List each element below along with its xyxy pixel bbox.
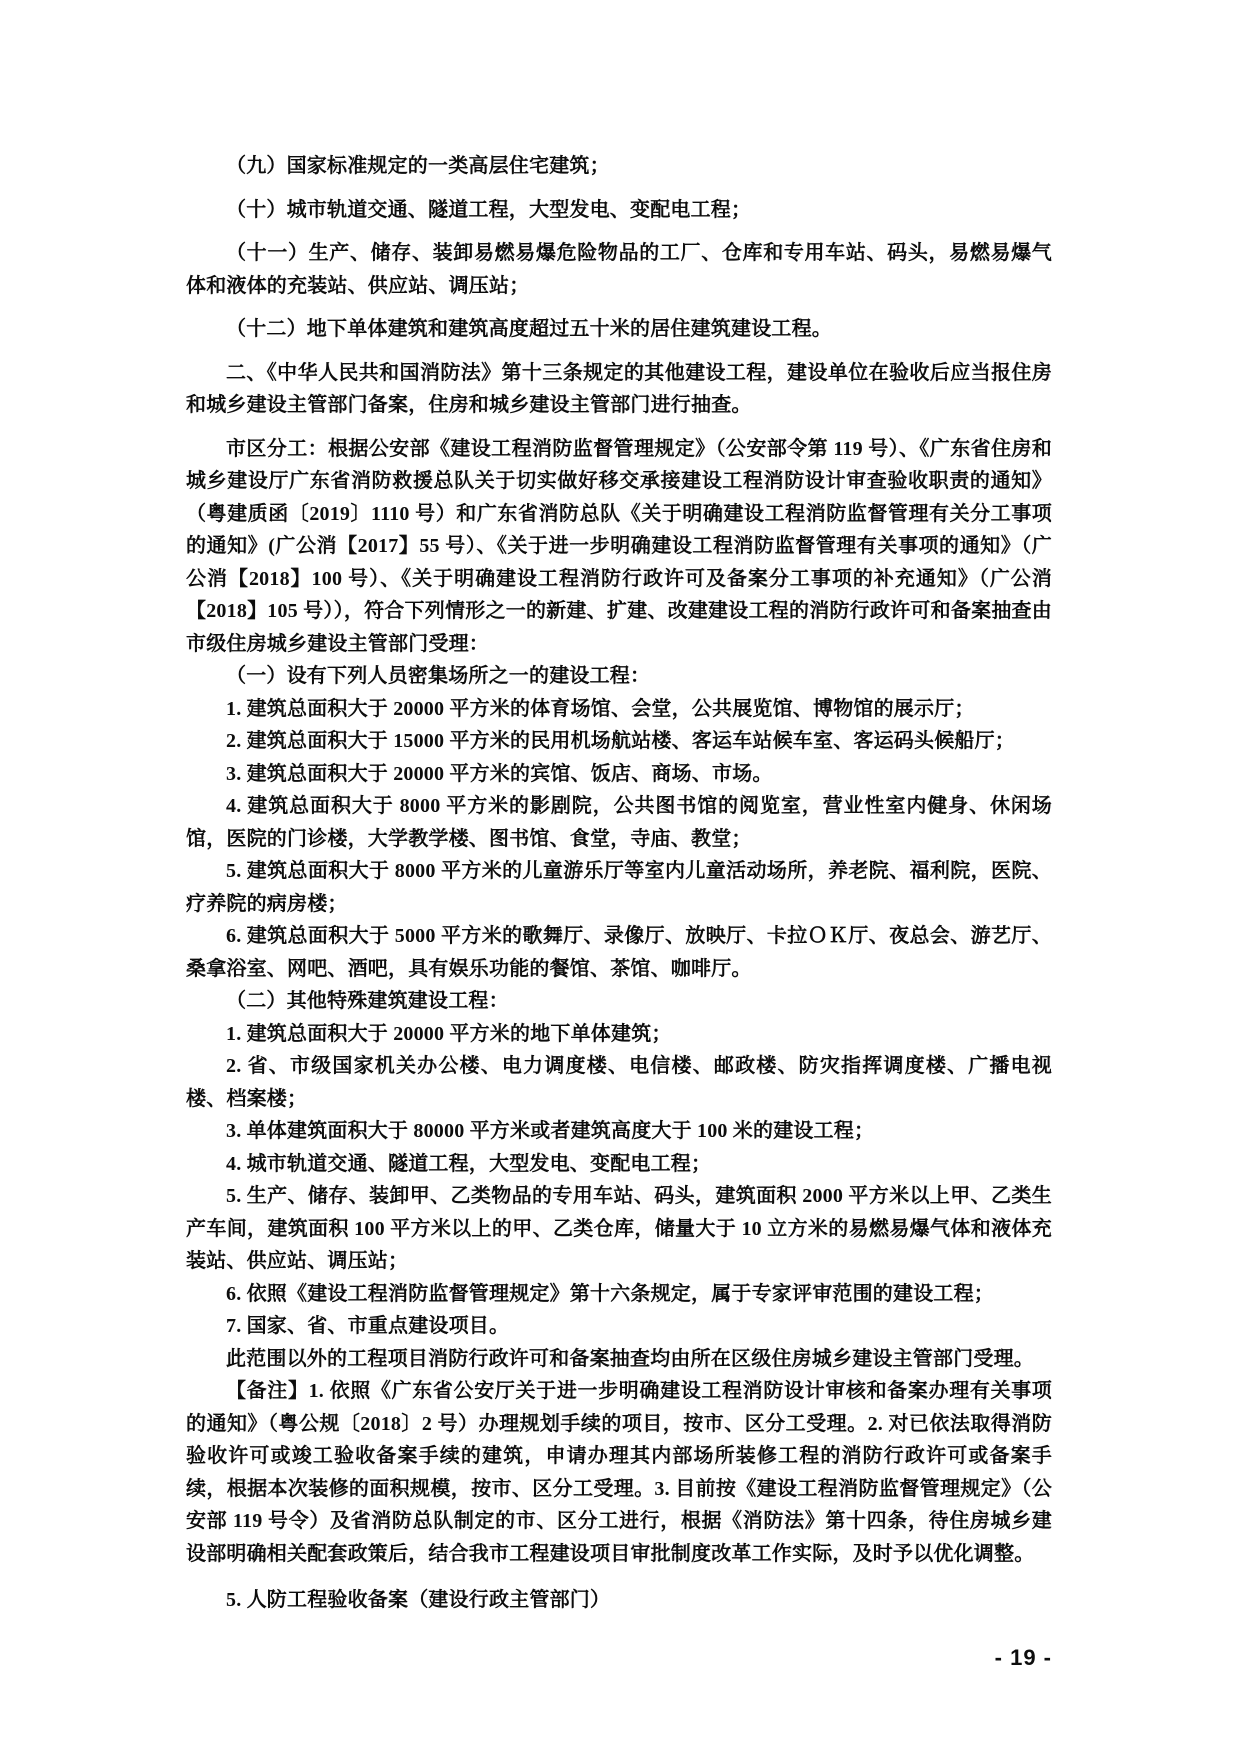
paragraph-section-2: 二、《中华人民共和国消防法》第十三条规定的其他建设工程，建设单位在验收后应当报住… <box>186 357 1052 422</box>
paragraph-list2-item-1: 1. 建筑总面积大于 20000 平方米的地下单体建筑； <box>186 1018 1052 1051</box>
paragraph-list2-item-5: 5. 生产、储存、装卸甲、乙类物品的专用车站、码头，建筑面积 2000 平方米以… <box>186 1180 1052 1278</box>
paragraph-list1-item-6: 6. 建筑总面积大于 5000 平方米的歌舞厅、录像厅、放映厅、卡拉ＯＫ厅、夜总… <box>186 920 1052 985</box>
paragraph-city-district-division: 市区分工：根据公安部《建设工程消防监督管理规定》（公安部令第 119 号）、《广… <box>186 433 1052 661</box>
paragraph-list2-item-4: 4. 城市轨道交通、隧道工程，大型发电、变配电工程； <box>186 1148 1052 1181</box>
paragraph-list1-item-2: 2. 建筑总面积大于 15000 平方米的民用机场航站楼、客运车站候车室、客运码… <box>186 725 1052 758</box>
paragraph-list1-item-5: 5. 建筑总面积大于 8000 平方米的儿童游乐厅等室内儿童活动场所，养老院、福… <box>186 855 1052 920</box>
paragraph-item-9: （九）国家标准规定的一类高层住宅建筑； <box>186 150 1052 183</box>
paragraph-item-10: （十）城市轨道交通、隧道工程，大型发电、变配电工程； <box>186 194 1052 227</box>
paragraph-list1-item-3: 3. 建筑总面积大于 20000 平方米的宾馆、饭店、商场、市场。 <box>186 758 1052 791</box>
document-body: （九）国家标准规定的一类高层住宅建筑； （十）城市轨道交通、隧道工程，大型发电、… <box>186 150 1052 1671</box>
paragraph-list2-item-7: 7. 国家、省、市重点建设项目。 <box>186 1310 1052 1343</box>
paragraph-subsection-1: （一）设有下列人员密集场所之一的建设工程： <box>186 660 1052 693</box>
paragraph-list2-item-3: 3. 单体建筑面积大于 80000 平方米或者建筑高度大于 100 米的建设工程… <box>186 1115 1052 1148</box>
paragraph-subsection-2: （二）其他特殊建筑建设工程： <box>186 985 1052 1018</box>
paragraph-list1-item-4: 4. 建筑总面积大于 8000 平方米的影剧院，公共图书馆的阅览室，营业性室内健… <box>186 790 1052 855</box>
document-page: （九）国家标准规定的一类高层住宅建筑； （十）城市轨道交通、隧道工程，大型发电、… <box>0 0 1240 1754</box>
paragraph-list1-item-1: 1. 建筑总面积大于 20000 平方米的体育场馆、会堂，公共展览馆、博物馆的展… <box>186 693 1052 726</box>
paragraph-item-12: （十二）地下单体建筑和建筑高度超过五十米的居住建筑建设工程。 <box>186 313 1052 346</box>
page-number: - 19 - <box>186 1645 1052 1671</box>
paragraph-list2-item-6: 6. 依照《建设工程消防监督管理规定》第十六条规定，属于专家评审范围的建设工程； <box>186 1278 1052 1311</box>
paragraph-remarks: 【备注】1. 依照《广东省公安厅关于进一步明确建设工程消防设计审核和备案办理有关… <box>186 1375 1052 1570</box>
paragraph-section-5-heading: 5. 人防工程验收备案（建设行政主管部门） <box>186 1584 1052 1617</box>
paragraph-scope-note: 此范围以外的工程项目消防行政许可和备案抽查均由所在区级住房城乡建设主管部门受理。 <box>186 1343 1052 1376</box>
paragraph-list2-item-2: 2. 省、市级国家机关办公楼、电力调度楼、电信楼、邮政楼、防灾指挥调度楼、广播电… <box>186 1050 1052 1115</box>
paragraph-item-11: （十一）生产、储存、装卸易燃易爆危险物品的工厂、仓库和专用车站、码头，易燃易爆气… <box>186 237 1052 302</box>
